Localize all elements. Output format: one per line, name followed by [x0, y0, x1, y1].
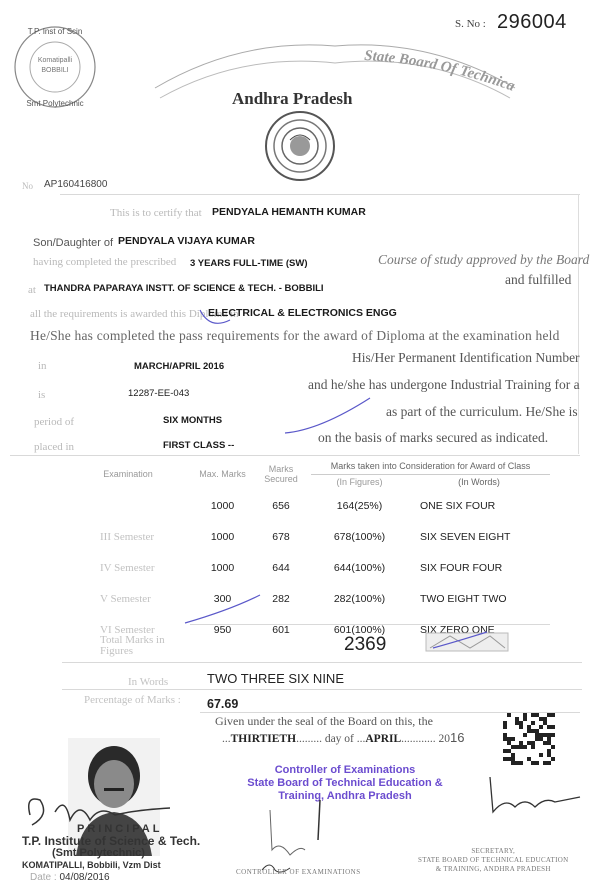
board-name: State Board Of Technical Education And T…	[150, 18, 517, 95]
total-marks-words: TWO THREE SIX NINE	[207, 671, 344, 686]
svg-text:Komatipalli: Komatipalli	[38, 57, 73, 64]
issue-day: THIRTIETH	[231, 733, 296, 745]
header-in-words: (In Words)	[408, 474, 550, 490]
max-marks-cell: 1000	[194, 490, 251, 521]
frame-top-border	[60, 194, 580, 195]
is-label: is	[38, 389, 45, 401]
marks-secured-cell: 678	[251, 521, 311, 552]
principal-date: Date : 04/08/2016	[30, 872, 110, 883]
figures-cell: 164(25%)	[311, 490, 408, 521]
certify-label: This is to certify that	[110, 207, 202, 219]
parent-label: Son/Daughter of	[33, 237, 113, 249]
table-row: V Semester300282282(100%)TWO EIGHT TWO	[62, 583, 550, 614]
controller-caption: CONTROLLER OF EXAMINATIONS	[236, 868, 361, 876]
qr-code-icon	[503, 713, 555, 765]
words-cell: ONE SIX FOUR	[408, 490, 550, 521]
course-duration: 3 YEARS FULL-TIME (SW)	[190, 258, 308, 269]
max-marks-cell: 1000	[194, 521, 251, 552]
figures-cell: 282(100%)	[311, 583, 408, 614]
header-marks-secured: Marks Secured	[251, 458, 311, 490]
exam-session: MARCH/APRIL 2016	[134, 361, 224, 372]
year-suffix: 16	[450, 730, 464, 745]
permanent-id-number: 12287-EE-043	[128, 388, 189, 399]
in-label: in	[38, 360, 47, 372]
frame-right-border	[578, 194, 579, 454]
training-period: SIX MONTHS	[163, 415, 222, 426]
course-text: Course of study approved by the Board	[378, 252, 589, 268]
exam-cell: III Semester	[62, 521, 194, 552]
header-in-figures: (In Figures)	[311, 474, 408, 490]
marks-table-header-row: Examination Max. Marks Marks Secured Mar…	[62, 458, 550, 474]
max-marks-cell: 1000	[194, 552, 251, 583]
max-marks-cell: 950	[194, 614, 251, 645]
exam-cell: IV Semester	[62, 552, 194, 583]
year-prefix: 20	[439, 733, 451, 745]
institute-stamp-icon: Komatipalli BOBBILI T.P. Inst of Scin Sm…	[10, 22, 100, 112]
frame-divider	[10, 455, 580, 456]
total-divider	[62, 662, 582, 663]
principal-stamp: PRINCIPAL T.P. Institute of Science & Te…	[22, 823, 200, 871]
given-text: Given under the seal of the Board on thi…	[215, 714, 433, 729]
issue-month: APRIL	[365, 733, 401, 745]
secretary-caption: SECRETARY, STATE BOARD OF TECHNICAL EDUC…	[418, 847, 568, 874]
completed-label: having completed the prescribed	[33, 256, 176, 268]
day-of-label: day of	[325, 733, 354, 745]
header-consideration: Marks taken into Consideration for Award…	[311, 458, 550, 474]
placed-label: placed in	[34, 441, 74, 453]
exam-cell: V Semester	[62, 583, 194, 614]
table-row: 1000656164(25%)ONE SIX FOUR	[62, 490, 550, 521]
table-row: III Semester1000678678(100%)SIX SEVEN EI…	[62, 521, 550, 552]
words-cell: SIX FOUR FOUR	[408, 552, 550, 583]
board-emblem-icon	[264, 110, 336, 182]
table-row: IV Semester1000644644(100%)SIX FOUR FOUR	[62, 552, 550, 583]
exam-cell	[62, 490, 194, 521]
svg-text:Smt Polytechnic: Smt Polytechnic	[26, 99, 83, 108]
at-label: at	[28, 284, 36, 296]
training-text: and he/she has undergone Industrial Trai…	[308, 377, 580, 393]
table-bottom-border	[190, 624, 550, 625]
percentage-value: 67.69	[207, 697, 238, 711]
security-hologram-icon	[425, 630, 510, 654]
period-label: period of	[34, 416, 74, 428]
pin-text: His/Her Permanent Identification Number	[352, 350, 580, 366]
secretary-signature	[485, 772, 585, 822]
words-cell: TWO EIGHT TWO	[408, 583, 550, 614]
marks-secured-cell: 601	[251, 614, 311, 645]
certificate-number: AP160416800	[44, 179, 107, 190]
marks-secured-cell: 644	[251, 552, 311, 583]
total-marks-figures: 2369	[344, 634, 386, 656]
institute-name: THANDRA PAPARAYA INSTT. OF SCIENCE & TEC…	[44, 283, 324, 294]
certificate-number-label: No	[22, 181, 33, 191]
basis-text: on the basis of marks secured as indicat…	[318, 430, 548, 446]
header-max-marks: Max. Marks	[194, 458, 251, 490]
class-awarded: FIRST CLASS --	[163, 440, 234, 451]
max-marks-cell: 300	[194, 583, 251, 614]
words-divider	[62, 689, 582, 690]
figures-cell: 644(100%)	[311, 552, 408, 583]
percentage-label: Percentage of Marks :	[84, 694, 181, 706]
candidate-name: PENDYALA HEMANTH KUMAR	[212, 206, 366, 218]
marks-secured-cell: 282	[251, 583, 311, 614]
state-name: Andhra Pradesh	[232, 89, 352, 109]
svg-text:T.P. Inst of Scin: T.P. Inst of Scin	[28, 27, 83, 36]
issue-date-line: ...THIRTIETH......... day of ...APRIL...…	[222, 730, 465, 745]
marks-table: Examination Max. Marks Marks Secured Mar…	[62, 458, 550, 645]
curriculum-text: as part of the curriculum. He/She is	[386, 404, 578, 420]
diploma-branch: ELECTRICAL & ELECTRONICS ENGG	[208, 307, 397, 319]
passed-text: He/She has completed the pass requiremen…	[30, 328, 560, 344]
marks-secured-cell: 656	[251, 490, 311, 521]
svg-text:BOBBILI: BOBBILI	[41, 67, 68, 74]
header-examination: Examination	[62, 458, 194, 490]
parent-name: PENDYALA VIJAYA KUMAR	[118, 235, 255, 247]
controller-stamp: Controller of Examinations State Board o…	[245, 764, 445, 803]
in-words-label: In Words	[128, 676, 168, 688]
figures-cell: 678(100%)	[311, 521, 408, 552]
words-cell: SIX SEVEN EIGHT	[408, 521, 550, 552]
total-marks-label: Total Marks in Figures	[100, 635, 170, 657]
fulfilled-text: and fulfilled	[505, 272, 571, 288]
